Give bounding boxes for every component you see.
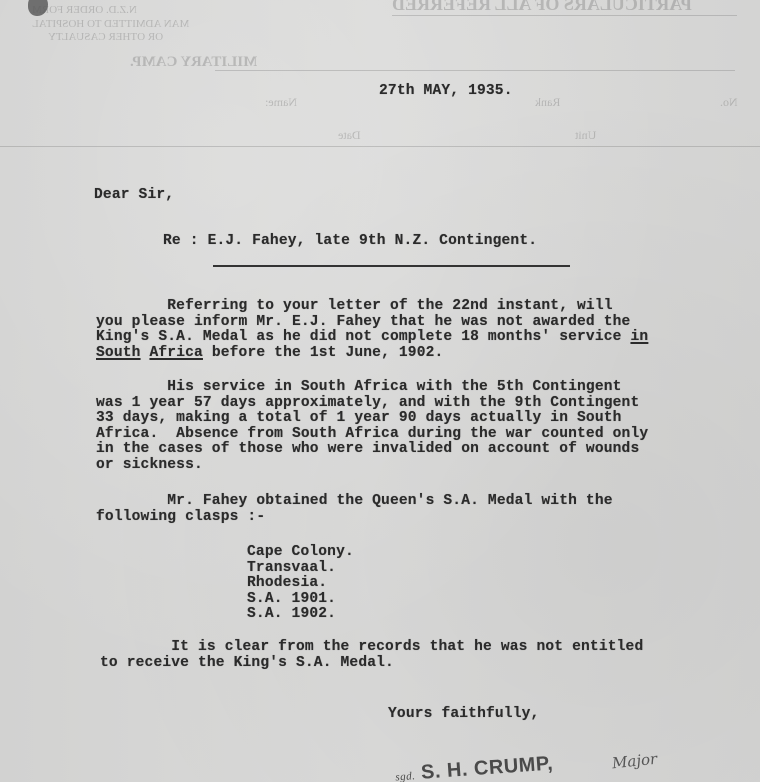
p4-line-2: to receive the King's S.A. Medal.: [100, 655, 394, 671]
ghost-rule-camp: [215, 70, 735, 71]
p3-line-1: Mr. Fahey obtained the Queen's S.A. Meda…: [96, 493, 613, 509]
p1-underlined-africa: Africa: [149, 345, 202, 361]
p1-underlined-south: South: [96, 345, 141, 361]
ghost-rule-mid: [0, 146, 760, 147]
clasp-item: Cape Colony.: [247, 544, 354, 560]
p4-line-1: It is clear from the records that he was…: [100, 639, 643, 655]
closing: Yours faithfully,: [388, 707, 539, 723]
ghost-date-label: Date: [338, 128, 361, 143]
signature-name: S. H. CRUMP,: [420, 753, 554, 782]
letter-date: 27th MAY, 1935.: [379, 84, 513, 100]
p1-line-3: King's S.A. Medal as he did not complete…: [96, 329, 630, 345]
signature-prefix: sgd.: [395, 770, 416, 782]
p2-line-5: in the cases of those who were invalided…: [96, 441, 639, 457]
ghost-name-label: Name:: [265, 95, 297, 110]
signature-rank-handwritten: Major: [611, 750, 658, 773]
paragraph-4: It is clear from the records that he was…: [100, 640, 643, 671]
clasps-list: Cape Colony. Transvaal. Rhodesia. S.A. 1…: [247, 545, 354, 623]
subject-underline: [213, 265, 570, 267]
paragraph-2: His service in South Africa with the 5th…: [96, 380, 648, 473]
p3-line-2: following clasps :-: [96, 509, 265, 525]
salutation: Dear Sir,: [94, 188, 174, 204]
ghost-unit-label: Unit: [575, 128, 596, 143]
clasp-item: S.A. 1901.: [247, 591, 336, 607]
ghost-no-label: No.: [720, 95, 738, 110]
clasp-item: Transvaal.: [247, 560, 336, 576]
ink-blot: [28, 0, 48, 16]
signature-stamp: sgd.S. H. CRUMP,: [394, 753, 554, 782]
clasp-item: Rhodesia.: [247, 575, 327, 591]
ghost-header-left-3: OR OTHER CASUALTY: [48, 31, 163, 43]
p2-line-1: His service in South Africa with the 5th…: [96, 379, 622, 395]
p1-line-4-rest: before the 1st June, 1902.: [203, 345, 444, 361]
p2-line-4: Africa. Absence from South Africa during…: [96, 426, 648, 442]
ghost-camp: MILITARY CAMP.: [130, 54, 257, 71]
p2-line-2: was 1 year 57 days approximately, and wi…: [96, 395, 639, 411]
p1-line-2: you please inform Mr. E.J. Fahey that he…: [96, 314, 630, 330]
subject-line: Re : E.J. Fahey, late 9th N.Z. Contingen…: [163, 234, 537, 250]
ghost-rule-top: [392, 15, 737, 16]
ghost-header-left-2: MAN ADMITTED TO HOSPITAL: [32, 18, 189, 30]
subject-text: E.J. Fahey, late 9th N.Z. Contingent.: [208, 233, 538, 249]
p2-line-3: 33 days, making a total of 1 year 90 day…: [96, 410, 622, 426]
p1-line-1: Referring to your letter of the 22nd ins…: [96, 298, 613, 314]
letter-page: N.Z.D. ORDER FORM MAN ADMITTED TO HOSPIT…: [0, 0, 760, 782]
ghost-rank-label: Rank: [535, 95, 560, 110]
paragraph-3: Mr. Fahey obtained the Queen's S.A. Meda…: [96, 494, 613, 525]
paragraph-1: Referring to your letter of the 22nd ins…: [96, 299, 648, 361]
ghost-header-right: PARTICULARS OF ALL REFERRED: [392, 0, 692, 15]
p2-line-6: or sickness.: [96, 457, 203, 473]
clasp-item: S.A. 1902.: [247, 606, 336, 622]
subject-prefix: Re :: [163, 233, 199, 249]
p1-underlined-in: in: [630, 329, 648, 345]
